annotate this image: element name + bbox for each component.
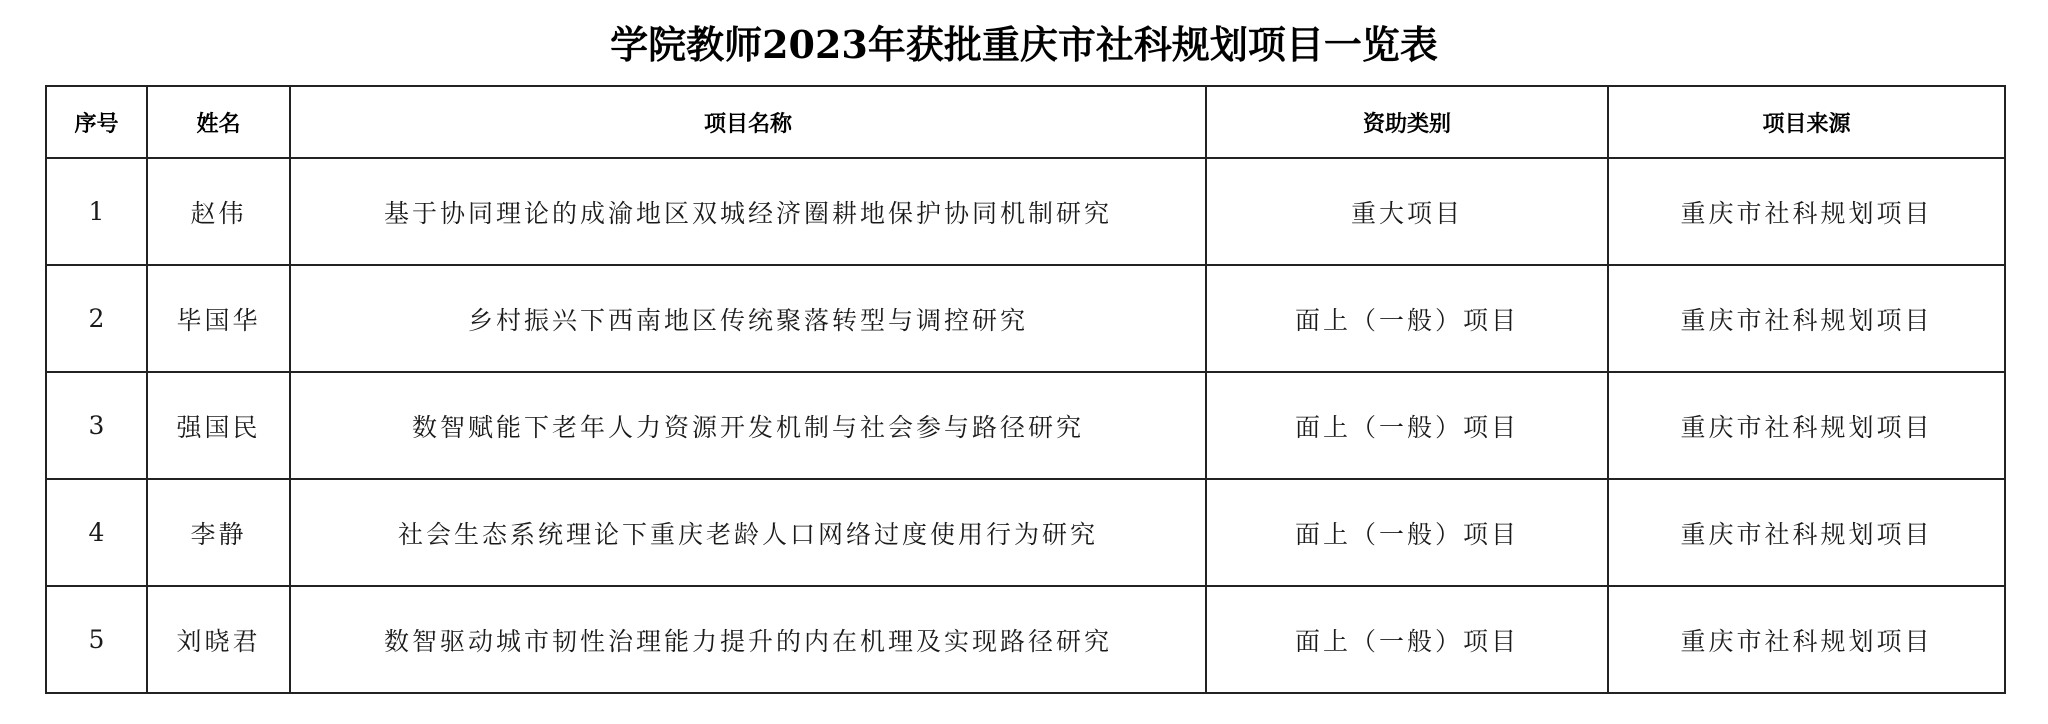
cell-source: 重庆市社科规划项目 [1608, 586, 2005, 693]
table-row: 1 赵伟 基于协同理论的成渝地区双城经济圈耕地保护协同机制研究 重大项目 重庆市… [46, 158, 2005, 265]
cell-index: 5 [46, 586, 147, 693]
table-row: 3 强国民 数智赋能下老年人力资源开发机制与社会参与路径研究 面上（一般）项目 … [46, 372, 2005, 479]
cell-source: 重庆市社科规划项目 [1608, 479, 2005, 586]
cell-project: 数智驱动城市韧性治理能力提升的内在机理及实现路径研究 [290, 586, 1206, 693]
cell-category: 重大项目 [1206, 158, 1608, 265]
cell-index: 2 [46, 265, 147, 372]
cell-category: 面上（一般）项目 [1206, 586, 1608, 693]
cell-source: 重庆市社科规划项目 [1608, 158, 2005, 265]
cell-project: 基于协同理论的成渝地区双城经济圈耕地保护协同机制研究 [290, 158, 1206, 265]
header-project: 项目名称 [290, 86, 1206, 158]
cell-category: 面上（一般）项目 [1206, 265, 1608, 372]
cell-project: 数智赋能下老年人力资源开发机制与社会参与路径研究 [290, 372, 1206, 479]
cell-project: 社会生态系统理论下重庆老龄人口网络过度使用行为研究 [290, 479, 1206, 586]
header-name: 姓名 [147, 86, 290, 158]
table-row: 2 毕国华 乡村振兴下西南地区传统聚落转型与调控研究 面上（一般）项目 重庆市社… [46, 265, 2005, 372]
cell-name: 李静 [147, 479, 290, 586]
cell-index: 1 [46, 158, 147, 265]
header-index: 序号 [46, 86, 147, 158]
cell-project: 乡村振兴下西南地区传统聚落转型与调控研究 [290, 265, 1206, 372]
cell-source: 重庆市社科规划项目 [1608, 372, 2005, 479]
projects-table: 序号 姓名 项目名称 资助类别 项目来源 1 赵伟 基于协同理论的成渝地区双城经… [45, 85, 2006, 694]
cell-name: 赵伟 [147, 158, 290, 265]
cell-name: 刘晓君 [147, 586, 290, 693]
cell-name: 强国民 [147, 372, 290, 479]
table-row: 5 刘晓君 数智驱动城市韧性治理能力提升的内在机理及实现路径研究 面上（一般）项… [46, 586, 2005, 693]
page-title: 学院教师2023年获批重庆市社科规划项目一览表 [0, 18, 2048, 72]
cell-index: 3 [46, 372, 147, 479]
header-source: 项目来源 [1608, 86, 2005, 158]
cell-category: 面上（一般）项目 [1206, 372, 1608, 479]
cell-name: 毕国华 [147, 265, 290, 372]
cell-category: 面上（一般）项目 [1206, 479, 1608, 586]
table-row: 4 李静 社会生态系统理论下重庆老龄人口网络过度使用行为研究 面上（一般）项目 … [46, 479, 2005, 586]
header-category: 资助类别 [1206, 86, 1608, 158]
table-header-row: 序号 姓名 项目名称 资助类别 项目来源 [46, 86, 2005, 158]
cell-source: 重庆市社科规划项目 [1608, 265, 2005, 372]
cell-index: 4 [46, 479, 147, 586]
